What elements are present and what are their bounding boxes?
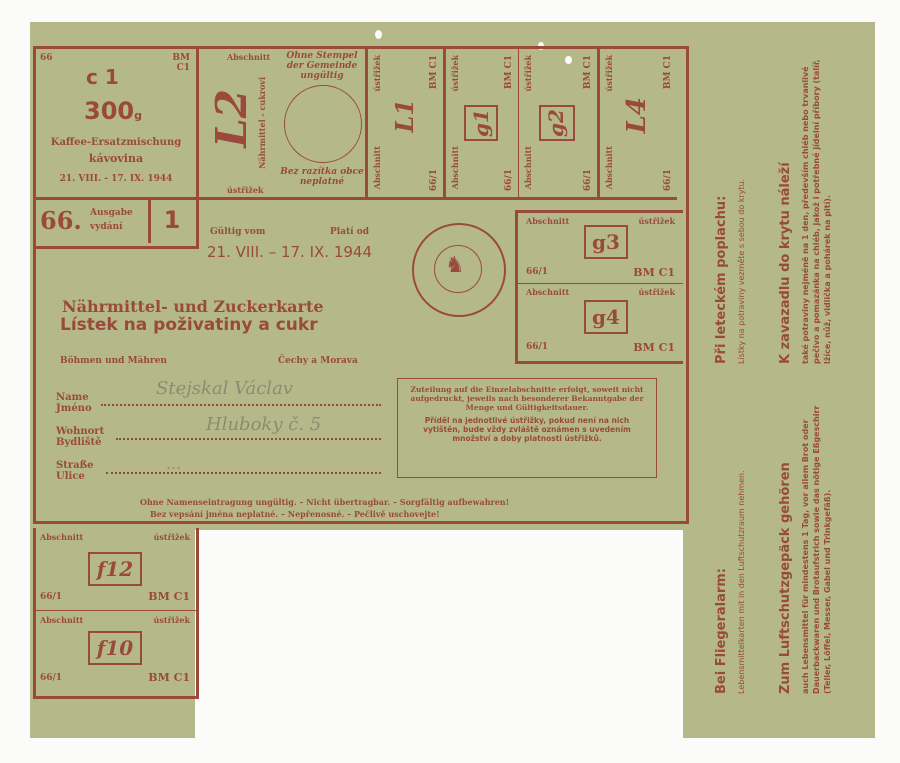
ministry-seal: ♞ bbox=[412, 223, 506, 317]
abschnitt-label: Abschnitt bbox=[227, 52, 270, 62]
coupon-g3[interactable]: Abschnitt ústřižek g3 66/1 BM C1 bbox=[518, 213, 683, 284]
punch-hole bbox=[375, 30, 382, 39]
product-cs: kávovina bbox=[36, 152, 196, 165]
coupon-code: g1 bbox=[464, 105, 498, 141]
footer-de: Ohne Namenseintragung ungültig. – Nicht … bbox=[140, 497, 509, 507]
coupon-mark: BM C1 bbox=[583, 55, 593, 89]
issue-box-number: 1 bbox=[148, 197, 193, 243]
abschnitt-label: Abschnitt bbox=[523, 146, 533, 189]
coupon-mark: BM C1 bbox=[663, 55, 673, 89]
handwritten-value: Stejskal Václav bbox=[156, 378, 293, 399]
coupon-amount: 300g bbox=[84, 97, 142, 125]
stamp-required-de: Ohne Stempel der Gemeinde ungültig bbox=[279, 51, 365, 81]
allocation-notice: Zuteilung auf die Einzelabschnitte erfol… bbox=[397, 378, 657, 478]
ustrizek-label: ústřižek bbox=[227, 185, 263, 195]
coupon-number: 66 bbox=[40, 53, 53, 63]
coupon-c1[interactable]: 66 BM C1 c 1 300g Kaffee-Ersatzmischung … bbox=[36, 49, 199, 200]
coupon-l1[interactable]: Abschnitt ústřižek L1 BM C1 66/1 bbox=[368, 49, 446, 200]
abschnitt-label: Abschnitt bbox=[40, 532, 83, 542]
ustrizek-label: ústřižek bbox=[639, 216, 675, 226]
coupon-g2[interactable]: Abschnitt ústřižek g2 BM C1 66/1 bbox=[519, 49, 600, 200]
coupon-mark: BM C1 bbox=[504, 55, 514, 89]
coupon-g4[interactable]: Abschnitt ústřižek g4 66/1 BM C1 bbox=[518, 284, 683, 358]
coupon-code: g4 bbox=[584, 300, 628, 334]
handwritten-value: ... bbox=[166, 454, 181, 473]
issue-label-cs: vydání bbox=[90, 222, 123, 232]
notice-text2-de: auch Lebensmittel für mindestens 1 Tag, … bbox=[800, 374, 833, 694]
coupon-code: c 1 bbox=[86, 65, 119, 89]
coupon-mark: BM C1 bbox=[633, 266, 675, 279]
bottom-coupon-block: Abschnitt ústřižek f12 66/1 BM C1 Abschn… bbox=[33, 528, 199, 699]
field-residence[interactable]: Wohnort Bydliště Hluboky č. 5 bbox=[56, 426, 386, 458]
valid-label-cs: Platí od bbox=[330, 227, 369, 237]
abschnitt-label: Abschnitt bbox=[450, 146, 460, 189]
abschnitt-label: Abschnitt bbox=[604, 146, 614, 189]
handwritten-value: Hluboky č. 5 bbox=[206, 414, 321, 435]
field-street[interactable]: Straße Ulice ... bbox=[56, 460, 386, 492]
ustrizek-label: ústřižek bbox=[639, 287, 675, 297]
stamp-circle bbox=[284, 85, 362, 163]
coupon-f10[interactable]: Abschnitt ústřižek f10 66/1 BM C1 bbox=[36, 611, 196, 693]
coupon-number: 66/1 bbox=[40, 592, 62, 602]
coupon-number: 66/1 bbox=[526, 267, 548, 277]
air-raid-notice-cs: Při leteckém poplachu: Lístky na potravi… bbox=[690, 44, 875, 364]
notice-text-de: Lebensmittelkarten mit in den Luftschutz… bbox=[736, 374, 747, 694]
field-line bbox=[116, 438, 381, 440]
notice-cs: Příděl na jednotlivé ústřižky, pokud nen… bbox=[406, 416, 648, 443]
top-coupon-row: Abschnitt ústřižek L1 BM C1 66/1 Abschni… bbox=[368, 49, 680, 197]
abschnitt-label: Abschnitt bbox=[372, 146, 382, 189]
abschnitt-label: Abschnitt bbox=[526, 287, 569, 297]
region-de: Böhmen und Mähren bbox=[60, 356, 167, 366]
issue-number: 66. bbox=[40, 206, 82, 235]
notice-heading-de: Bei Fliegeralarm: bbox=[714, 374, 729, 694]
coupon-code: L4 bbox=[622, 97, 652, 133]
notice-heading2-cs: K zavazadlu do krytu náleží bbox=[778, 44, 793, 364]
coupon-l2-stamp[interactable]: L2 Nährmittel - cukrovi Abschnitt ústřiž… bbox=[199, 49, 368, 200]
region-cs: Čechy a Morava bbox=[278, 356, 358, 366]
coupon-period: 21. VIII. - 17. IX. 1944 bbox=[36, 174, 196, 184]
coupon-number: 66/1 bbox=[40, 673, 62, 683]
abschnitt-label: Abschnitt bbox=[526, 216, 569, 226]
coupon-code: g3 bbox=[584, 225, 628, 259]
card-title-cs: Lístek na poživatiny a cukr bbox=[60, 315, 318, 335]
amount-value: 300 bbox=[84, 97, 134, 125]
coupon-f12[interactable]: Abschnitt ústřižek f12 66/1 BM C1 bbox=[36, 528, 196, 611]
product-de: Kaffee-Ersatzmischung bbox=[36, 137, 196, 148]
coupon-mark: BM C1 bbox=[148, 671, 190, 684]
ustrizek-label: ústřižek bbox=[450, 55, 460, 91]
holder-fields: Name Jméno Stejskal Václav Wohnort Bydli… bbox=[56, 392, 386, 502]
field-label-de: Straße bbox=[56, 460, 386, 471]
issue-box: 66. Ausgabe vydání 1 bbox=[36, 200, 199, 249]
coupon-mark: BM C1 bbox=[168, 53, 190, 73]
coupon-number: 66/1 bbox=[663, 169, 673, 191]
air-raid-notice-de: Bei Fliegeralarm: Lebensmittelkarten mit… bbox=[690, 374, 875, 694]
coupon-number: 66/1 bbox=[504, 169, 514, 191]
card-title-de: Nährmittel- und Zuckerkarte bbox=[62, 297, 324, 316]
coupon-l4[interactable]: Abschnitt ústřižek L4 BM C1 66/1 bbox=[600, 49, 677, 200]
amount-unit: g bbox=[134, 109, 142, 122]
abschnitt-label: Abschnitt bbox=[40, 615, 83, 625]
coupon-code: L1 bbox=[390, 99, 419, 133]
coupon-mark: BM C1 bbox=[633, 341, 675, 354]
coupon-number: 66/1 bbox=[429, 169, 439, 191]
coupon-g1[interactable]: Abschnitt ústřižek g1 BM C1 66/1 bbox=[446, 49, 519, 200]
side-label: Nährmittel - cukrovi bbox=[257, 77, 267, 169]
notice-de: Zuteilung auf die Einzelabschnitte erfol… bbox=[406, 385, 648, 412]
ustrizek-label: ústřižek bbox=[154, 532, 190, 542]
ustrizek-label: ústřižek bbox=[604, 55, 614, 91]
right-coupon-block: Abschnitt ústřižek g3 66/1 BM C1 Abschni… bbox=[515, 210, 683, 364]
valid-period: 21. VIII. – 17. IX. 1944 bbox=[207, 243, 372, 261]
lion-emblem-icon: ♞ bbox=[445, 253, 465, 278]
coupon-code: f12 bbox=[88, 552, 142, 586]
notice-heading-cs: Při leteckém poplachu: bbox=[714, 44, 729, 364]
ustrizek-label: ústřižek bbox=[523, 55, 533, 91]
coupon-code: L2 bbox=[207, 89, 256, 148]
field-line bbox=[106, 472, 381, 474]
notice-text-cs: Lístky na potraviny vezměte s sebou do k… bbox=[736, 44, 747, 364]
footer-cs: Bez vepsání jména neplatné. – Nepřenosné… bbox=[150, 509, 440, 519]
coupon-mark: BM C1 bbox=[429, 55, 439, 89]
coupon-code: f10 bbox=[88, 631, 142, 665]
notice-text2-cs: také potraviny nejméně na 1 den, předevš… bbox=[800, 44, 833, 364]
ustrizek-label: ústřižek bbox=[372, 55, 382, 91]
issue-label-de: Ausgabe bbox=[90, 208, 133, 218]
ustrizek-label: ústřižek bbox=[154, 615, 190, 625]
coupon-number: 66/1 bbox=[526, 342, 548, 352]
field-line bbox=[101, 404, 381, 406]
coupon-code: g2 bbox=[539, 105, 575, 141]
notice-heading2-de: Zum Luftschutzgepäck gehören bbox=[778, 374, 793, 694]
valid-label-de: Gültig vom bbox=[210, 227, 265, 237]
stamp-required-cs: Bez razítka obce neplatné bbox=[279, 167, 365, 187]
coupon-mark: BM C1 bbox=[148, 590, 190, 603]
coupon-number: 66/1 bbox=[583, 169, 593, 191]
